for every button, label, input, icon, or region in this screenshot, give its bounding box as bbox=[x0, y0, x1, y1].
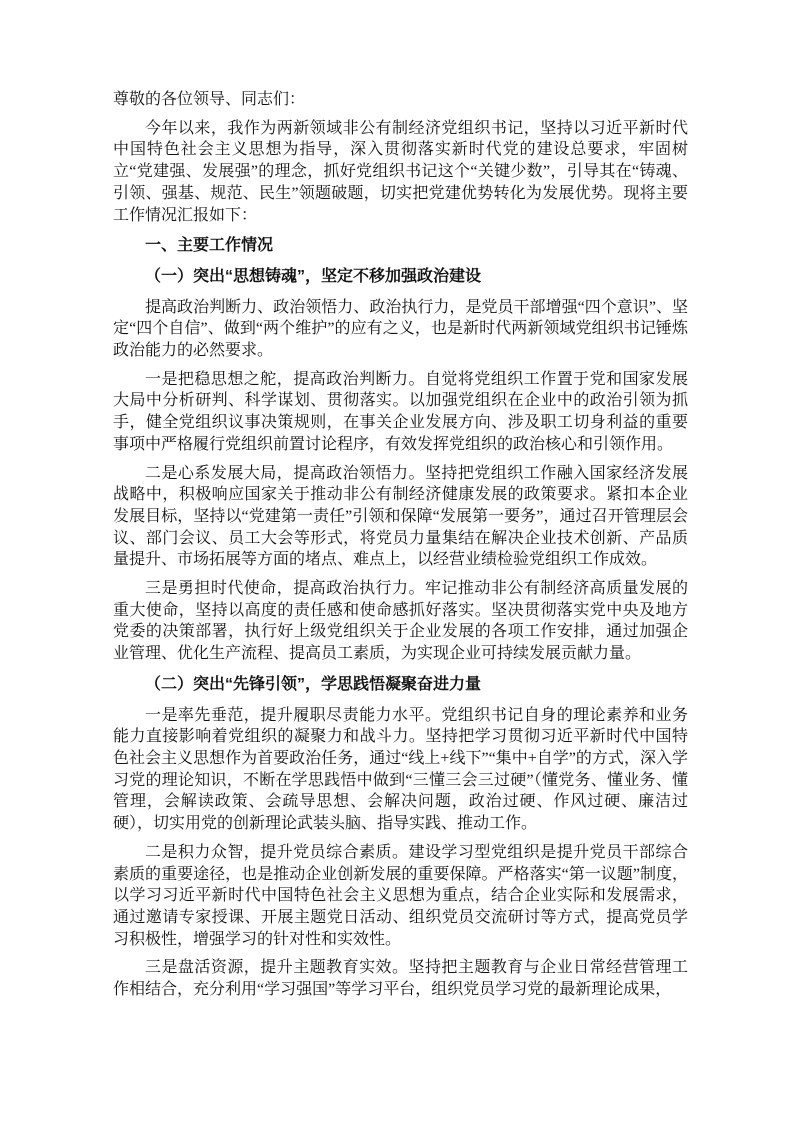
body-paragraph: 二是积力众智，提升党员综合素质。建设学习型党组织是提升党员干部综合素质的重要途径… bbox=[113, 842, 688, 951]
subsection-heading: （一）突出“思想铸魂”，坚定不移加强政治建设 bbox=[113, 266, 688, 288]
body-paragraph: 三是盘活资源，提升主题教育实效。坚持把主题教育与企业日常经营管理工作相结合，充分… bbox=[113, 957, 688, 1000]
body-paragraph: 二是心系发展大局，提高政治领悟力。坚持把党组织工作融入国家经济发展战略中，积极响… bbox=[113, 463, 688, 572]
section-heading: 一、主要工作情况 bbox=[113, 235, 688, 257]
document-content: 尊敬的各位领导、同志们：今年以来，我作为两新领域非公有制经济党组织书记，坚持以习… bbox=[113, 89, 688, 1008]
document-page: 尊敬的各位领导、同志们：今年以来，我作为两新领域非公有制经济党组织书记，坚持以习… bbox=[0, 0, 793, 1122]
subsection-heading: （二）突出“先锋引领”，学思践悟凝聚奋进力量 bbox=[113, 674, 688, 696]
body-paragraph: 一是把稳思想之舵，提高政治判断力。自觉将党组织工作置于党和国家发展大局中分析研判… bbox=[113, 369, 688, 456]
body-paragraph: 提高政治判断力、政治领悟力、政治执行力，是党员干部增强“四个意识”、坚定“四个自… bbox=[113, 297, 688, 362]
salutation-line: 尊敬的各位领导、同志们： bbox=[113, 89, 688, 111]
body-paragraph: 一是率先垂范，提升履职尽责能力水平。党组织书记自身的理论素养和业务能力直接影响着… bbox=[113, 705, 688, 835]
body-paragraph: 三是勇担时代使命，提高政治执行力。牢记推动非公有制经济高质量发展的重大使命，坚持… bbox=[113, 578, 688, 665]
body-paragraph: 今年以来，我作为两新领域非公有制经济党组织书记，坚持以习近平新时代中国特色社会主… bbox=[113, 118, 688, 227]
